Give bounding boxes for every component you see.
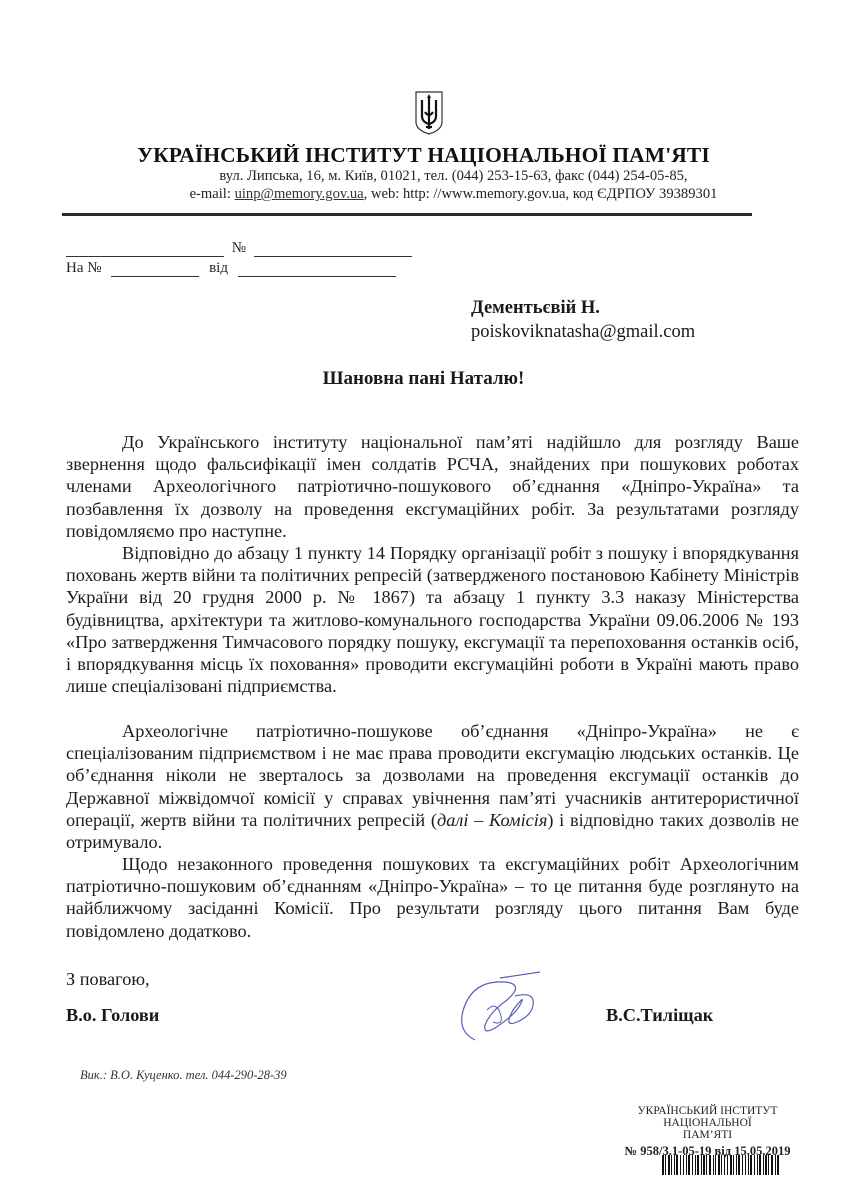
barcode-icon (662, 1155, 802, 1175)
body-paragraph-4: Щодо незаконного проведення пошукових та… (66, 853, 799, 942)
signer-position: В.о. Голови (66, 1005, 159, 1026)
reply-number-field[interactable] (111, 262, 199, 277)
date-label: від (209, 260, 228, 276)
signer-name: В.С.Тиліщак (606, 1005, 713, 1026)
stamp-org-line2: ПАМ’ЯТІ (600, 1129, 815, 1141)
outgoing-date-field[interactable] (66, 242, 224, 257)
org-name: УКРАЇНСЬКИЙ ІНСТИТУТ НАЦІОНАЛЬНОЇ ПАМ'ЯТ… (0, 143, 847, 168)
closing-regards: З повагою, (66, 969, 150, 990)
incoming-ref-row: На № від (66, 260, 396, 278)
recipient-email: poiskoviknatasha@gmail.com (471, 320, 695, 344)
body-paragraph-1: До Українського інституту національної п… (66, 431, 799, 542)
email-label: e-mail: (190, 186, 235, 202)
body-paragraph-2: Відповідно до абзацу 1 пункту 14 Порядку… (66, 542, 799, 697)
stamp-org-line1: УКРАЇНСЬКИЙ ІНСТИТУТ НАЦІОНАЛЬНОЇ (600, 1105, 815, 1129)
recipient-block: Дементьєвій Н. poiskoviknatasha@gmail.co… (471, 296, 695, 344)
outgoing-number-field[interactable] (254, 242, 412, 257)
org-email-link[interactable]: uinp@memory.gov.ua (235, 186, 364, 202)
trident-emblem-icon (414, 90, 444, 136)
p3-italic-note: далі – Комісія (437, 810, 547, 830)
recipient-name: Дементьєвій Н. (471, 296, 695, 320)
reply-to-label: На № (66, 260, 102, 276)
web-and-code: , web: http: //www.memory.gov.ua, код ЄД… (364, 186, 718, 202)
salutation: Шановна пані Наталю! (0, 368, 847, 390)
number-label: № (232, 240, 246, 256)
body-paragraph-3: Археологічне патріотично-пошукове об’єдн… (66, 720, 799, 853)
header-divider (62, 213, 752, 216)
org-address: вул. Липська, 16, м. Київ, 01021, тел. (… (30, 168, 847, 185)
reply-date-field[interactable] (238, 262, 396, 277)
outgoing-ref-row: № (66, 240, 412, 258)
org-contacts: e-mail: uinp@memory.gov.ua, web: http: /… (30, 186, 847, 203)
executor-info: Вик.: В.О. Куценко. тел. 044-290-28-39 (80, 1068, 287, 1083)
registration-stamp: УКРАЇНСЬКИЙ ІНСТИТУТ НАЦІОНАЛЬНОЇ ПАМ’ЯТ… (600, 1105, 815, 1159)
handwritten-signature-icon (445, 970, 565, 1060)
